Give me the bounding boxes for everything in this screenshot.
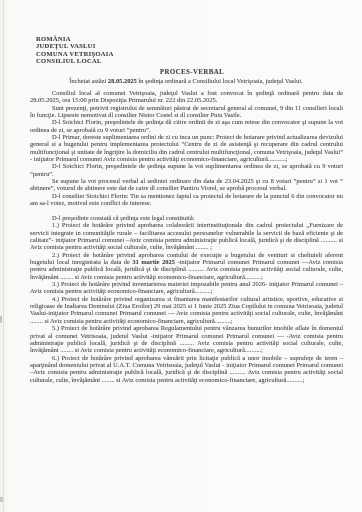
document-body: Consiliul local al comunei Vetrişoaia, j… (30, 90, 343, 384)
body-paragraph: 6.) Proiect de hotărâre privind aprobare… (30, 355, 343, 384)
document-title: PROCES-VERBAL (36, 69, 348, 76)
scanned-document-page: ROMÂNIAJUDEŢUL VASLUICOMUNA VETRIŞOAIACO… (0, 0, 362, 512)
body-paragraph: Se supune la vot procesul verbal al sedi… (30, 178, 343, 193)
text-segment: Sunt prezenţi, potrivit registrului de s… (30, 105, 343, 119)
body-paragraph: D-l Primar, doreste suplimentarea ordini… (30, 134, 343, 163)
document-subtitle: Încheiat astăzi 28.05.2025 în şedinţa or… (20, 78, 352, 85)
scan-edge-artifact (3, 0, 4, 512)
header-line: ROMÂNIA (36, 36, 114, 43)
header-line: COMUNA VETRIŞOAIA (36, 51, 114, 58)
text-segment: D-l Primar, doreste suplimentarea ordini… (30, 134, 343, 163)
text-segment: D-l consilier Stoichici Florin: Tin sa m… (30, 193, 343, 207)
body-paragraph: D-l Soichici Florin, preşedintele de şed… (30, 163, 343, 178)
header-line: CONSILIUL LOCAL (36, 58, 114, 65)
text-segment: Se supune la vot procesul verbal al sedi… (30, 178, 343, 192)
body-paragraph: 5.) Proiect de hotărâre privind aprobare… (30, 325, 343, 354)
body-paragraph: 3.) Proiect de hotărâre privind inventar… (30, 281, 343, 296)
text-segment: în şedinţa ordinară a Consiliului local … (137, 78, 303, 85)
bold-text-segment: 28.05.2025 (108, 78, 137, 85)
body-paragraph: 2.) Proiect de hotărâre privind aprobare… (30, 252, 343, 281)
body-paragraph: 4.) Proiect de hotărâre privind organiza… (30, 296, 343, 325)
text-segment: Consiliul local al comunei Vetrişoaia, j… (30, 90, 343, 104)
text-segment: 5.) Proiect de hotărâre privind aprobare… (30, 325, 343, 354)
header-line: JUDEŢUL VASLUI (36, 43, 114, 50)
scan-smudge-artifact (0, 316, 2, 323)
text-segment: 4.) Proiect de hotărâre privind organiza… (30, 296, 343, 325)
text-segment: Încheiat astăzi (69, 78, 108, 85)
text-segment: D-l Soichici Florin, preşedintele de şed… (30, 163, 343, 177)
text-segment: 6.) Proiect de hotărâre privind aprobare… (30, 355, 343, 384)
document-header: ROMÂNIAJUDEŢUL VASLUICOMUNA VETRIŞOAIACO… (36, 36, 114, 65)
text-segment: 3.) Proiect de hotărâre privind inventar… (30, 281, 343, 295)
body-paragraph: D-l Soichici Florin, preşedintele de şed… (30, 119, 343, 134)
body-paragraph: 1.) Proiect de hotărâre privind aprobare… (30, 222, 343, 251)
bold-text-segment: 31 martie 2025 (132, 259, 175, 266)
body-paragraph: Sunt prezenţi, potrivit registrului de s… (30, 105, 343, 120)
text-segment: D-l Soichici Florin, preşedintele de şed… (30, 119, 343, 133)
body-paragraph: D-l consilier Stoichici Florin: Tin sa m… (30, 193, 343, 208)
body-paragraph: Consiliul local al comunei Vetrişoaia, j… (30, 90, 343, 105)
text-segment: D-l preşedinte constată că şedinţa este … (52, 215, 194, 222)
scan-smudge-artifact (0, 497, 3, 502)
text-segment: 1.) Proiect de hotărâre privind aprobare… (30, 222, 343, 251)
